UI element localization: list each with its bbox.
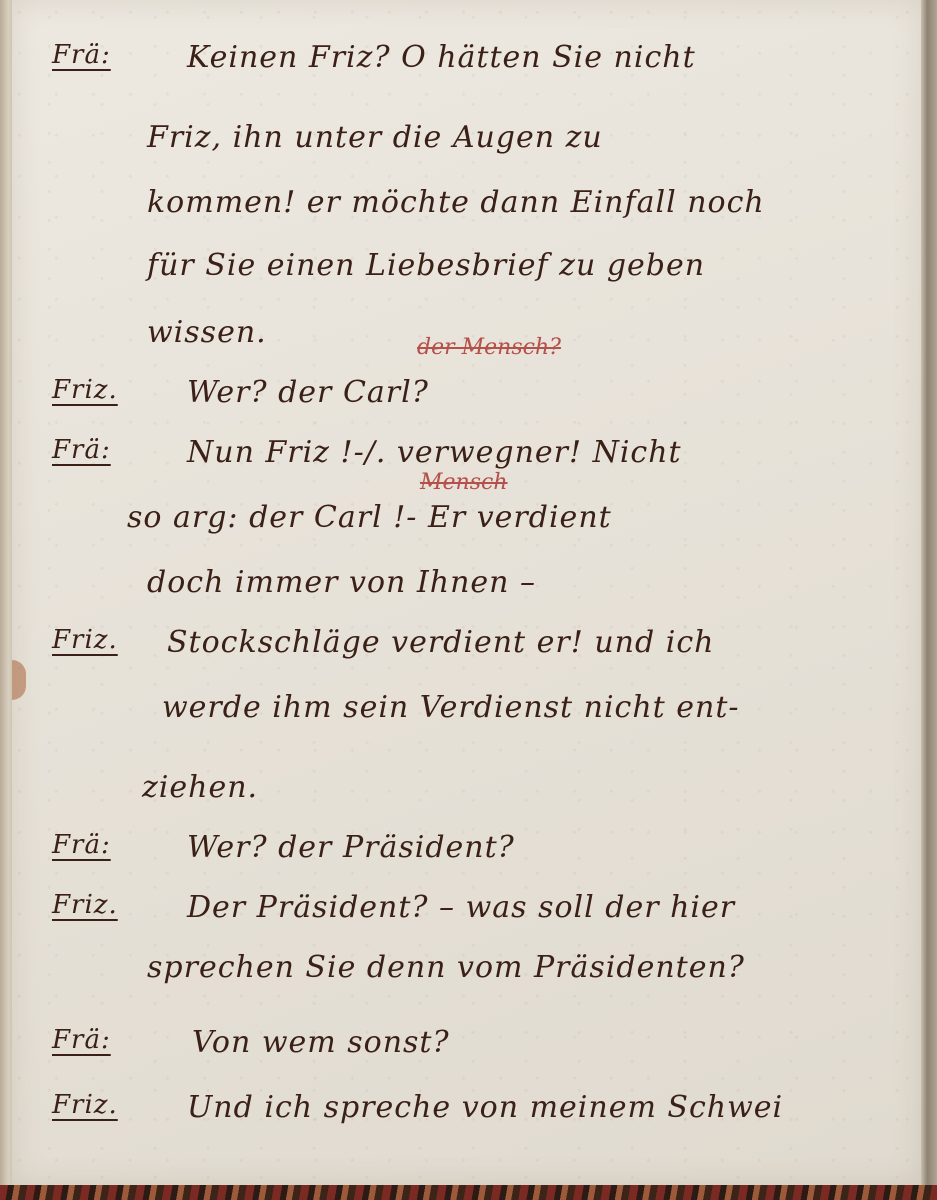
line-text: ziehen. [142, 770, 258, 805]
line-text: Stockschläge verdient er! und ich [167, 625, 714, 660]
ink-stain [12, 660, 26, 700]
speaker-label: Friz. [52, 1090, 172, 1120]
line-text: Keinen Friz? O hätten Sie nicht [187, 40, 696, 75]
right-binding-edge [921, 0, 937, 1200]
speaker-label: Frä: [52, 1025, 172, 1055]
manuscript-page: Frä: Keinen Friz? O hätten Sie nicht Fri… [12, 0, 922, 1185]
line-text: Der Präsident? – was soll der hier [187, 890, 735, 925]
line-text: für Sie einen Liebesbrief zu geben [147, 248, 705, 283]
line-text: so arg: der Carl !- Er verdient [127, 500, 612, 535]
line-text: werde ihm sein Verdienst nicht ent- [162, 690, 740, 725]
line-text: sprechen Sie denn vom Präsidenten? [147, 950, 745, 985]
line-text: Wer? der Carl? [187, 375, 429, 410]
line-text: Nun Friz !-/. verwegner! Nicht [187, 435, 682, 470]
line-text: doch immer von Ihnen – [147, 565, 536, 600]
line-text: Friz, ihn unter die Augen zu [147, 120, 603, 155]
line-text: kommen! er möchte dann Einfall noch [147, 185, 765, 220]
speaker-label: Friz. [52, 375, 172, 405]
line-text: wissen. [147, 315, 267, 350]
speaker-label: Friz. [52, 890, 172, 920]
line-text: Und ich spreche von meinem Schwei [187, 1090, 783, 1125]
speaker-label: Friz. [52, 625, 172, 655]
speaker-label: Frä: [52, 40, 172, 70]
line-text: Wer? der Präsident? [187, 830, 515, 865]
speaker-label: Frä: [52, 830, 172, 860]
red-correction: der Mensch? [417, 335, 561, 360]
red-correction: Mensch [420, 470, 508, 495]
marbled-cover-edge [0, 1185, 937, 1200]
line-text: Von wem sonst? [192, 1025, 450, 1060]
speaker-label: Frä: [52, 435, 172, 465]
